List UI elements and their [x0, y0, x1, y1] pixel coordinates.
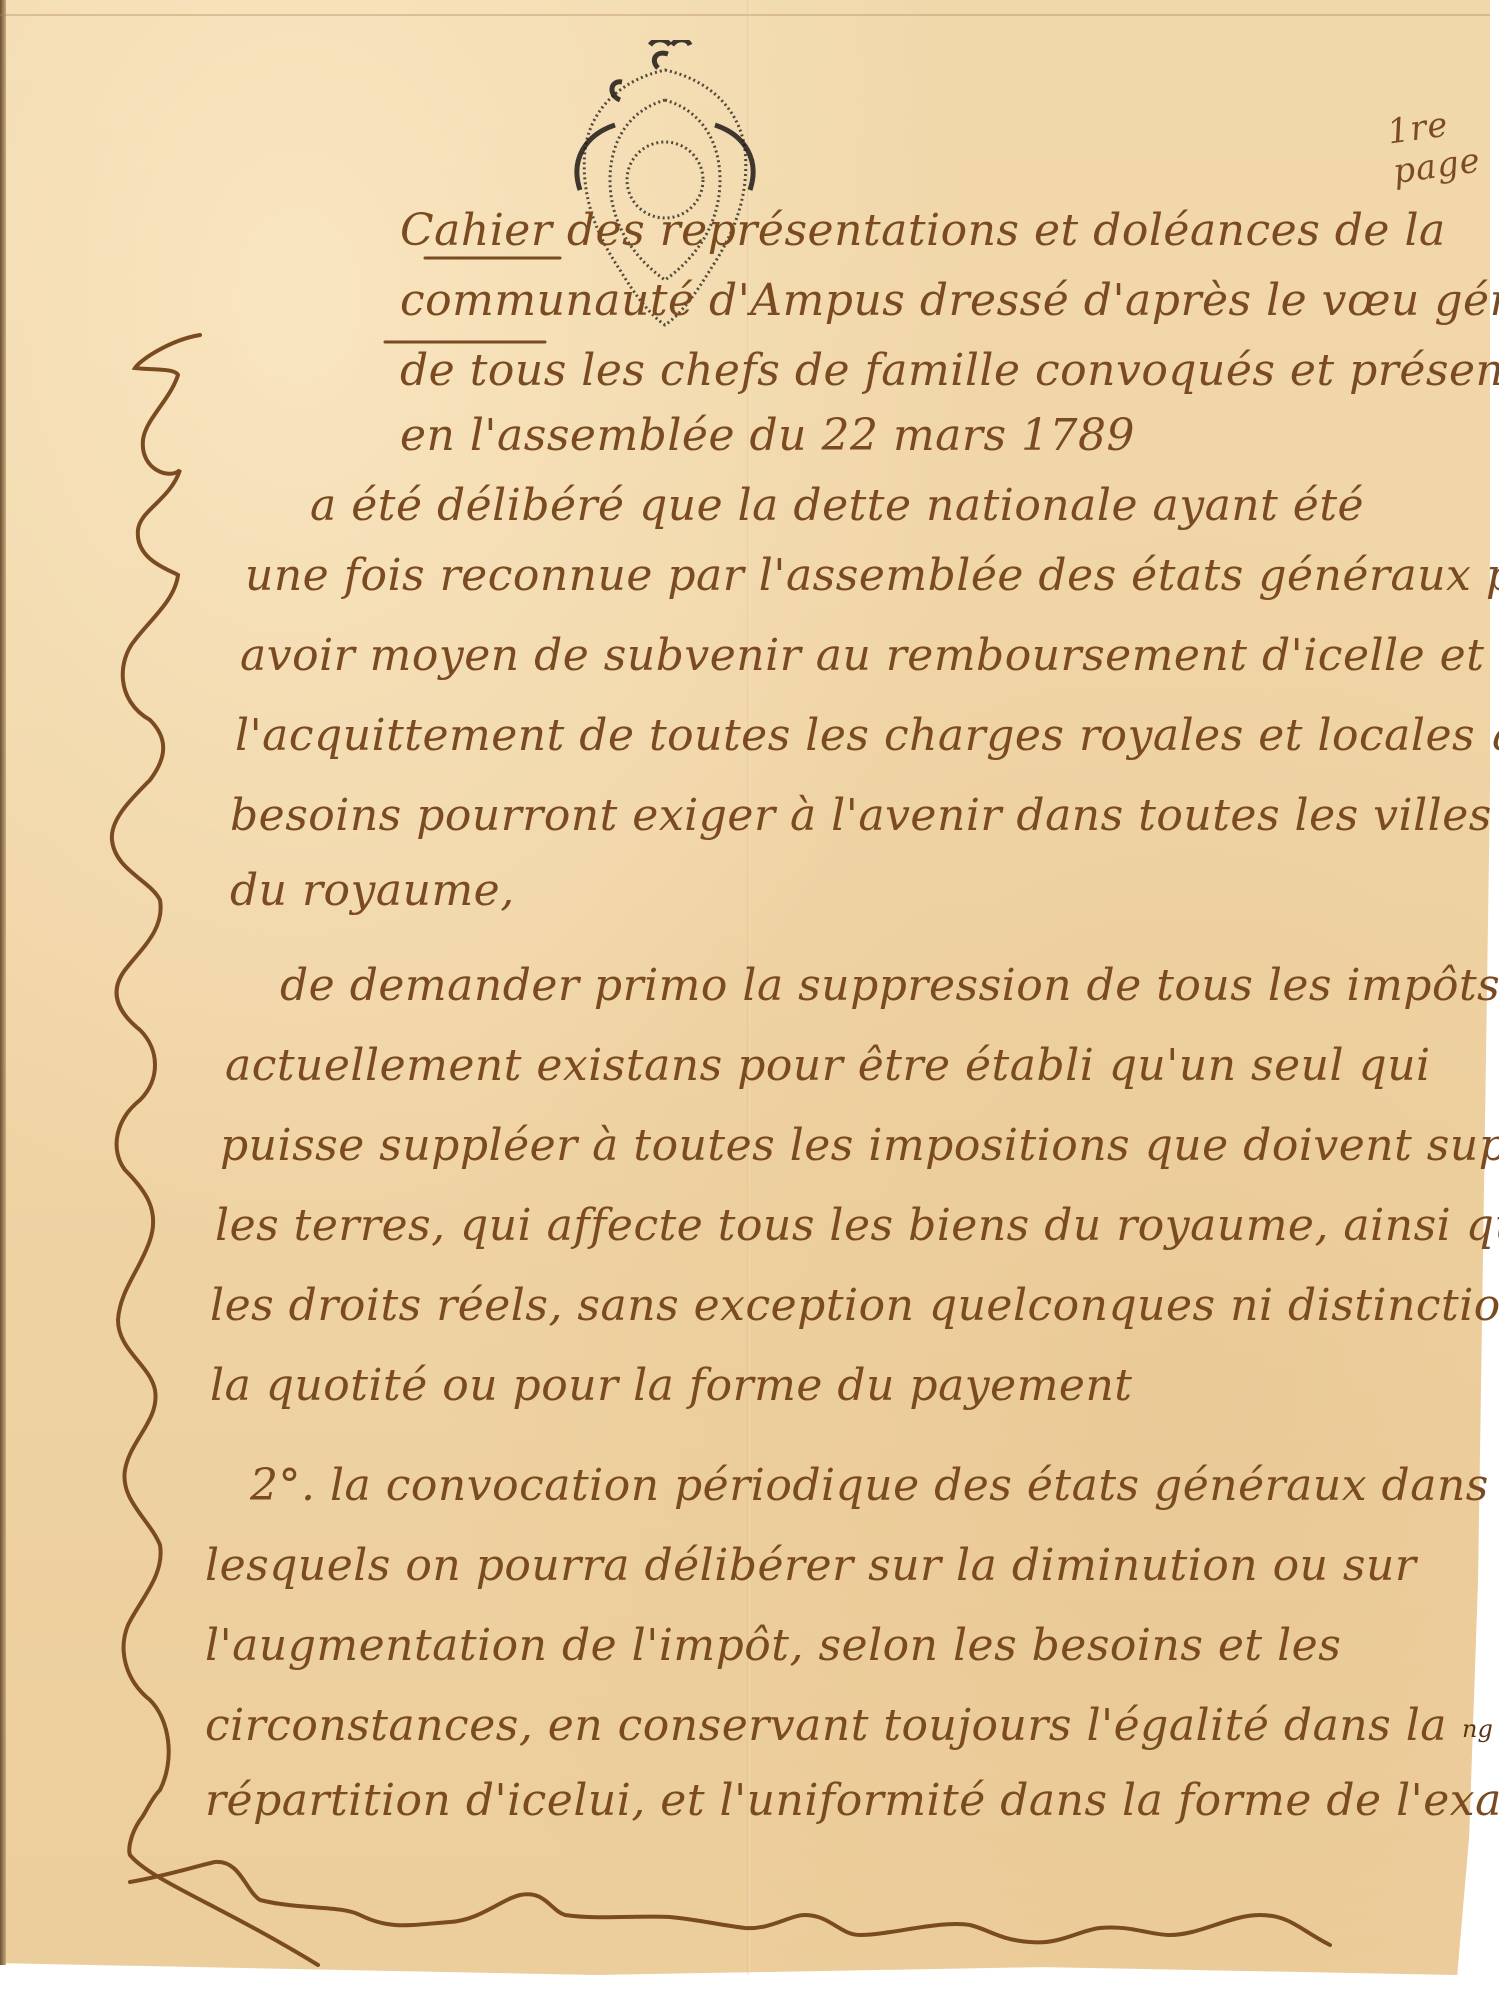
paragraph-3-line-3: l'augmentation de l'impôt, selon les bes… — [205, 1620, 1341, 1671]
paragraph-2-line-4: les terres, qui affecte tous les biens d… — [215, 1200, 1499, 1251]
paragraph-2-line-5: les droits réels, sans exception quelcon… — [210, 1280, 1499, 1331]
paragraph-3-line-5: répartition d'icelui, et l'uniformité da… — [205, 1775, 1499, 1826]
paragraph-1-line-6: du royaume, — [230, 865, 515, 916]
header-line-3: de tous les chefs de famille convoqués e… — [400, 345, 1499, 396]
paragraph-2-line-1: de demander primo la suppression de tous… — [280, 960, 1499, 1011]
page-number-marker: 1re page — [1385, 98, 1499, 192]
paragraph-1-line-4: l'acquittement de toutes les charges roy… — [235, 710, 1499, 761]
paragraph-1-line-5: besoins pourront exiger à l'avenir dans … — [230, 790, 1499, 841]
paragraph-2-line-2: actuellement existans pour être établi q… — [225, 1040, 1431, 1091]
paper-fold-horizontal — [0, 14, 1490, 16]
paragraph-1-line-2: une fois reconnue par l'assemblée des ét… — [245, 550, 1499, 601]
paragraph-3-line-4: circonstances, en conservant toujours l'… — [205, 1700, 1447, 1751]
header-line-1: Cahier des représentations et doléances … — [400, 205, 1446, 256]
paragraph-1-line-3: avoir moyen de subvenir au remboursement… — [240, 630, 1499, 681]
paragraph-3-line-1: 2°. la convocation périodique des états … — [250, 1460, 1489, 1511]
paragraph-1-line-1: a été délibéré que la dette nationale ay… — [310, 480, 1364, 531]
margin-note: ng — [1462, 1715, 1493, 1743]
paragraph-2-line-6: la quotité ou pour la forme du payement — [210, 1360, 1133, 1411]
header-line-2: communauté d'Ampus dressé d'après le vœu… — [400, 275, 1499, 326]
paragraph-3-line-2: lesquels on pourra délibérer sur la dimi… — [205, 1540, 1416, 1591]
header-line-4: en l'assemblée du 22 mars 1789 — [400, 410, 1135, 461]
paragraph-2-line-3: puisse suppléer à toutes les impositions… — [220, 1120, 1499, 1171]
page-left-edge — [0, 0, 6, 1965]
